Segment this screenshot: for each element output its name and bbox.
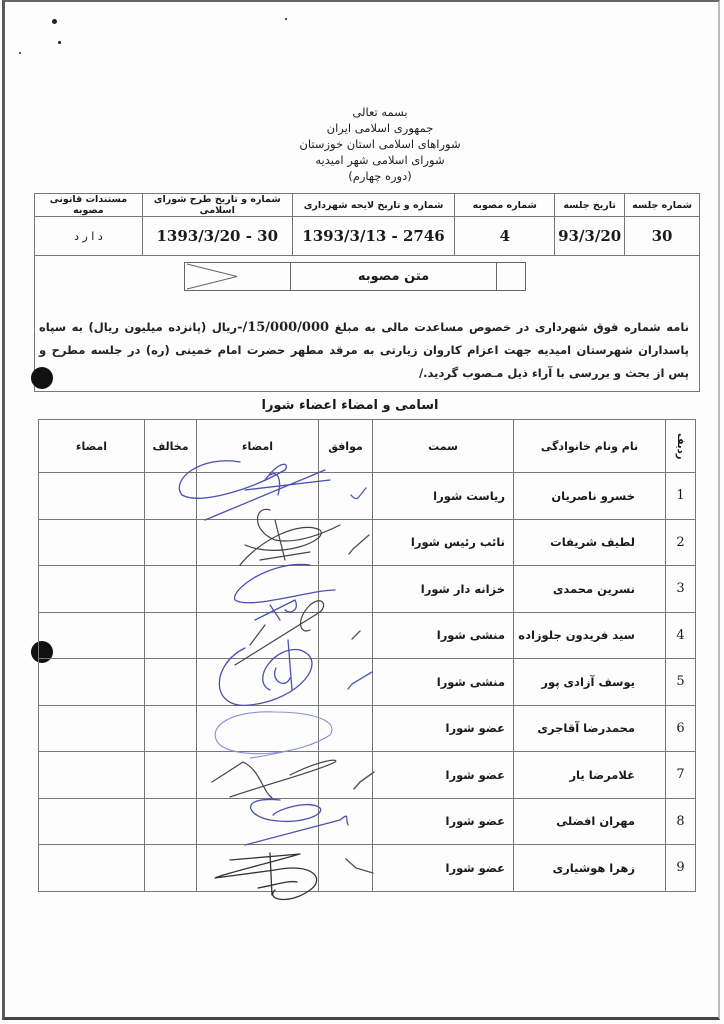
member-agree-cell — [319, 752, 373, 799]
member-role: منشی شورا — [373, 612, 514, 659]
member-name: زهرا هوشیاری — [514, 845, 666, 892]
member-agree-cell — [319, 705, 373, 752]
member-oppose-signature-cell — [39, 659, 145, 706]
session-info-header-row: شماره جلسه تاریخ جلسه شماره مصوبه شماره … — [35, 194, 700, 217]
member-oppose-signature-cell — [39, 519, 145, 566]
member-name: مهران افضلی — [514, 798, 666, 845]
member-agree-cell — [319, 519, 373, 566]
member-oppose-cell — [145, 798, 197, 845]
member-agree-cell — [319, 798, 373, 845]
header-row-number: ردیف — [666, 420, 696, 473]
header-signature-oppose: امضاء — [39, 420, 145, 473]
header-full-name: نام ونام خانوادگی — [514, 420, 666, 473]
member-role: عضو شورا — [373, 845, 514, 892]
resolution-title: متن مصوبه — [291, 263, 497, 290]
member-name: نسرین محمدی — [514, 566, 666, 613]
member-role: خزانه دار شورا — [373, 566, 514, 613]
resolution-title-bar: متن مصوبه — [184, 262, 526, 291]
member-role: ریاست شورا — [373, 473, 514, 520]
member-oppose-cell — [145, 845, 197, 892]
header-line-city-council: شورای اسلامی شهر امیدیه — [250, 152, 510, 168]
header-oppose: مخالف — [145, 420, 197, 473]
members-table: ردیف نام ونام خانوادگی سمت موافق امضاء م… — [38, 419, 696, 892]
member-row: 2 لطیف شریفات نائب رئیس شورا — [39, 519, 696, 566]
session-date: 93/3/20 — [555, 217, 625, 256]
member-oppose-cell — [145, 659, 197, 706]
member-oppose-signature-cell — [39, 705, 145, 752]
member-agree-cell — [319, 659, 373, 706]
resolution-amount: -/15/000/000 — [237, 320, 329, 335]
scan-speck — [58, 41, 61, 44]
member-agree-cell — [319, 566, 373, 613]
punch-hole — [31, 367, 53, 389]
resolution-text: نامه شماره فوق شهرداری در خصوص مساعدت ما… — [39, 316, 689, 385]
header-legal-documents: مستندات قانونی مصوبه — [35, 194, 143, 217]
member-row: 6 محمدرضا آقاجری عضو شورا — [39, 705, 696, 752]
header-agree: موافق — [319, 420, 373, 473]
member-role: عضو شورا — [373, 798, 514, 845]
header-resolution-number: شماره مصوبه — [455, 194, 555, 217]
header-line-term: (دوره چهارم) — [250, 168, 510, 184]
scan-speck — [19, 52, 21, 54]
member-oppose-signature-cell — [39, 566, 145, 613]
member-number: 4 — [666, 612, 696, 659]
member-oppose-cell — [145, 473, 197, 520]
member-role: منشی شورا — [373, 659, 514, 706]
member-number: 7 — [666, 752, 696, 799]
member-number: 5 — [666, 659, 696, 706]
member-oppose-signature-cell — [39, 845, 145, 892]
header-line-country: جمهوری اسلامی ایران — [250, 120, 510, 136]
member-row: 7 غلامرضا یار عضو شورا — [39, 752, 696, 799]
header-line-province-councils: شوراهای اسلامی استان خوزستان — [250, 136, 510, 152]
header-role: سمت — [373, 420, 514, 473]
member-signature-cell — [197, 798, 319, 845]
member-signature-cell — [197, 705, 319, 752]
header-council-plan: شماره و تاریخ طرح شورای اسلامی — [142, 194, 292, 217]
member-row: 8 مهران افضلی عضو شورا — [39, 798, 696, 845]
member-signature-cell — [197, 612, 319, 659]
members-title: اسامی و امضاء اعضاء شورا — [200, 398, 500, 413]
member-name: محمدرضا آقاجری — [514, 705, 666, 752]
member-signature-cell — [197, 566, 319, 613]
member-oppose-cell — [145, 566, 197, 613]
member-oppose-signature-cell — [39, 752, 145, 799]
member-oppose-signature-cell — [39, 473, 145, 520]
session-info-value-row: 30 93/3/20 4 1393/3/13 - 2746 1393/3/20 … — [35, 217, 700, 256]
member-agree-cell — [319, 845, 373, 892]
member-number: 3 — [666, 566, 696, 613]
session-number: 30 — [625, 217, 700, 256]
member-oppose-cell — [145, 705, 197, 752]
scan-speck — [52, 19, 57, 24]
legal-documents: د ا ر د — [35, 217, 143, 256]
document-header: بسمه تعالی جمهوری اسلامی ایران شوراهای ا… — [250, 104, 510, 184]
member-number: 2 — [666, 519, 696, 566]
member-oppose-signature-cell — [39, 612, 145, 659]
member-name: لطیف شریفات — [514, 519, 666, 566]
header-municipality-bill: شماره و تاریخ لایحه شهرداری — [292, 194, 455, 217]
member-oppose-cell — [145, 752, 197, 799]
member-number: 9 — [666, 845, 696, 892]
member-name: سید فریدون جلوزاده — [514, 612, 666, 659]
member-row: 9 زهرا هوشیاری عضو شورا — [39, 845, 696, 892]
member-number: 8 — [666, 798, 696, 845]
header-line-basmala: بسمه تعالی — [250, 104, 510, 120]
member-name: یوسف آزادی پور — [514, 659, 666, 706]
member-signature-cell — [197, 473, 319, 520]
member-row: 5 یوسف آزادی پور منشی شورا — [39, 659, 696, 706]
resolution-text-part1: نامه شماره فوق شهرداری در خصوص مساعدت ما… — [329, 320, 689, 334]
member-signature-cell — [197, 519, 319, 566]
member-row: 1 خسرو ناصریان ریاست شورا — [39, 473, 696, 520]
title-bar-right-cell — [497, 263, 525, 290]
header-session-number: شماره جلسه — [625, 194, 700, 217]
session-info-table: شماره جلسه تاریخ جلسه شماره مصوبه شماره … — [34, 193, 700, 256]
member-oppose-cell — [145, 519, 197, 566]
members-header-row: ردیف نام ونام خانوادگی سمت موافق امضاء م… — [39, 420, 696, 473]
header-signature: امضاء — [197, 420, 319, 473]
member-number: 6 — [666, 705, 696, 752]
member-signature-cell — [197, 845, 319, 892]
header-session-date: تاریخ جلسه — [555, 194, 625, 217]
member-agree-cell — [319, 612, 373, 659]
resolution-box: متن مصوبه نامه شماره فوق شهرداری در خصوص… — [34, 254, 700, 392]
member-oppose-signature-cell — [39, 798, 145, 845]
member-name: خسرو ناصریان — [514, 473, 666, 520]
arrow-decoration-icon — [185, 263, 291, 290]
member-signature-cell — [197, 752, 319, 799]
member-role: عضو شورا — [373, 752, 514, 799]
member-number: 1 — [666, 473, 696, 520]
member-name: غلامرضا یار — [514, 752, 666, 799]
member-oppose-cell — [145, 612, 197, 659]
council-plan: 1393/3/20 - 30 — [142, 217, 292, 256]
scan-speck — [285, 18, 287, 20]
resolution-number: 4 — [455, 217, 555, 256]
member-row: 3 نسرین محمدی خزانه دار شورا — [39, 566, 696, 613]
member-row: 4 سید فریدون جلوزاده منشی شورا — [39, 612, 696, 659]
member-signature-cell — [197, 659, 319, 706]
municipality-bill: 1393/3/13 - 2746 — [292, 217, 455, 256]
member-agree-cell — [319, 473, 373, 520]
member-role: عضو شورا — [373, 705, 514, 752]
member-role: نائب رئیس شورا — [373, 519, 514, 566]
